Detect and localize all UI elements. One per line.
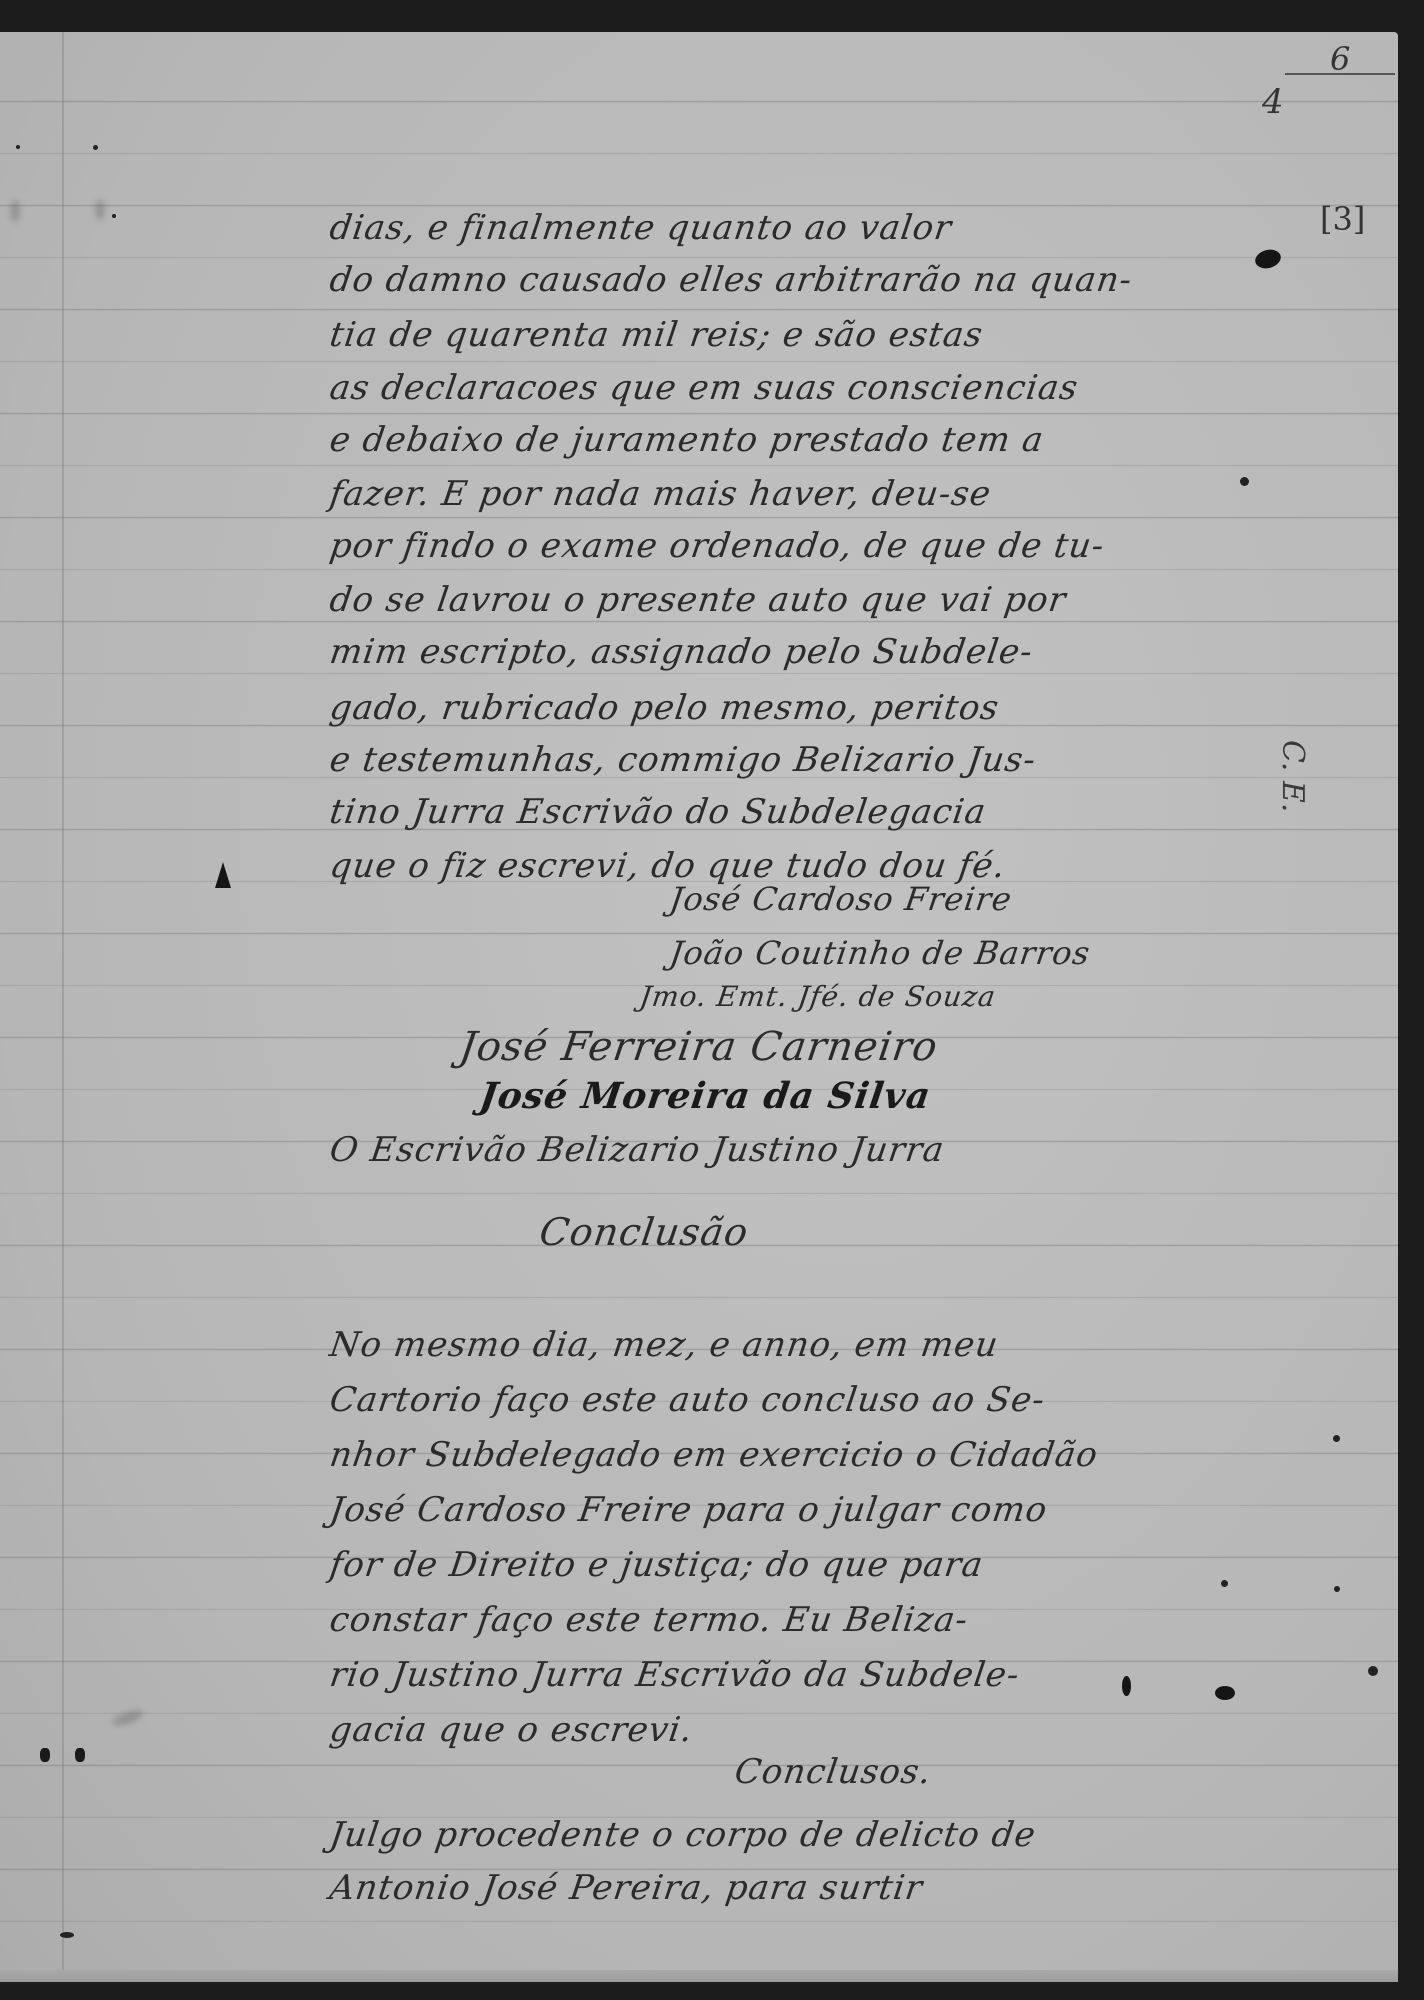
ink-dot (1334, 1586, 1340, 1592)
binding-hole (40, 1748, 50, 1762)
binding-hole (75, 1748, 85, 1762)
body-line: e testemunhas, commigo Belizario Jus- (327, 740, 1039, 780)
ruling-line: Antonio José Pereira, para surtir (327, 1868, 925, 1908)
ink-blot (1122, 1676, 1131, 1696)
closing-heading: Conclusos. (732, 1752, 934, 1792)
signature: José Moreira da Silva (477, 1075, 934, 1117)
ink-mark (215, 862, 231, 888)
body-line: gado, rubricado pelo mesmo, peritos (327, 688, 1002, 728)
conclusion-line: for de Direito e justiça; do que para (327, 1545, 986, 1585)
conclusion-line: José Cardoso Freire para o julgar como (327, 1490, 1050, 1530)
ink-smudge (95, 200, 105, 220)
ink-dot (1221, 1580, 1228, 1587)
body-line: as declaracoes que em suas consciencias (327, 368, 1081, 408)
ruling-line: Julgo procedente o corpo de delicto de (327, 1815, 1038, 1855)
conclusion-line: Cartorio faço este auto concluso ao Se- (327, 1380, 1048, 1420)
folio-page-number: 4 (1262, 82, 1284, 122)
ink-smudge (10, 200, 20, 222)
signature: Jmo. Emt. Jfé. de Souza (638, 980, 998, 1013)
conclusion-line: gacia que o escrevi. (327, 1710, 695, 1750)
body-line: mim escripto, assignado pelo Subdele- (327, 632, 1035, 672)
ink-dot (112, 214, 116, 218)
signature: João Coutinho de Barros (667, 934, 1093, 972)
body-line: do damno causado elles arbitrarão na qua… (327, 260, 1135, 300)
ink-mark (60, 1932, 74, 1938)
conclusion-line: constar faço este termo. Eu Beliza- (327, 1600, 971, 1640)
folio-bracket-number: [3] (1320, 200, 1365, 238)
body-line: por findo o exame ordenado, de que de tu… (327, 526, 1107, 566)
conclusion-line: rio Justino Jurra Escrivão da Subdele- (327, 1655, 1022, 1695)
body-line: tia de quarenta mil reis; e são estas (327, 315, 986, 355)
ink-dot (1333, 1435, 1340, 1442)
ink-dot (1240, 477, 1249, 486)
body-line: tino Jurra Escrivão do Subdelegacia (327, 792, 989, 832)
conclusion-line: No mesmo dia, mez, e anno, em meu (327, 1325, 1001, 1365)
body-line: fazer. E por nada mais haver, deu-se (327, 474, 994, 514)
ink-dot (16, 145, 20, 149)
ink-dot (1368, 1666, 1378, 1676)
body-line: e debaixo de juramento prestado tem a (327, 420, 1046, 460)
conclusion-line: nhor Subdelegado em exercicio o Cidadão (327, 1435, 1101, 1475)
margin-note: C. E. (1275, 740, 1310, 812)
body-line: do se lavrou o presente auto que vai por (327, 580, 1069, 620)
folio-divider (1285, 73, 1395, 75)
signature: José Ferreira Carneiro (457, 1024, 941, 1070)
signature: O Escrivão Belizario Justino Jurra (327, 1130, 947, 1170)
signature: José Cardoso Freire (667, 880, 1014, 918)
ink-dot (93, 145, 98, 150)
ink-blot (1215, 1686, 1235, 1700)
section-heading: Conclusão (537, 1210, 752, 1254)
page-edge (0, 1970, 1398, 1982)
body-line: dias, e finalmente quanto ao valor (327, 208, 954, 248)
